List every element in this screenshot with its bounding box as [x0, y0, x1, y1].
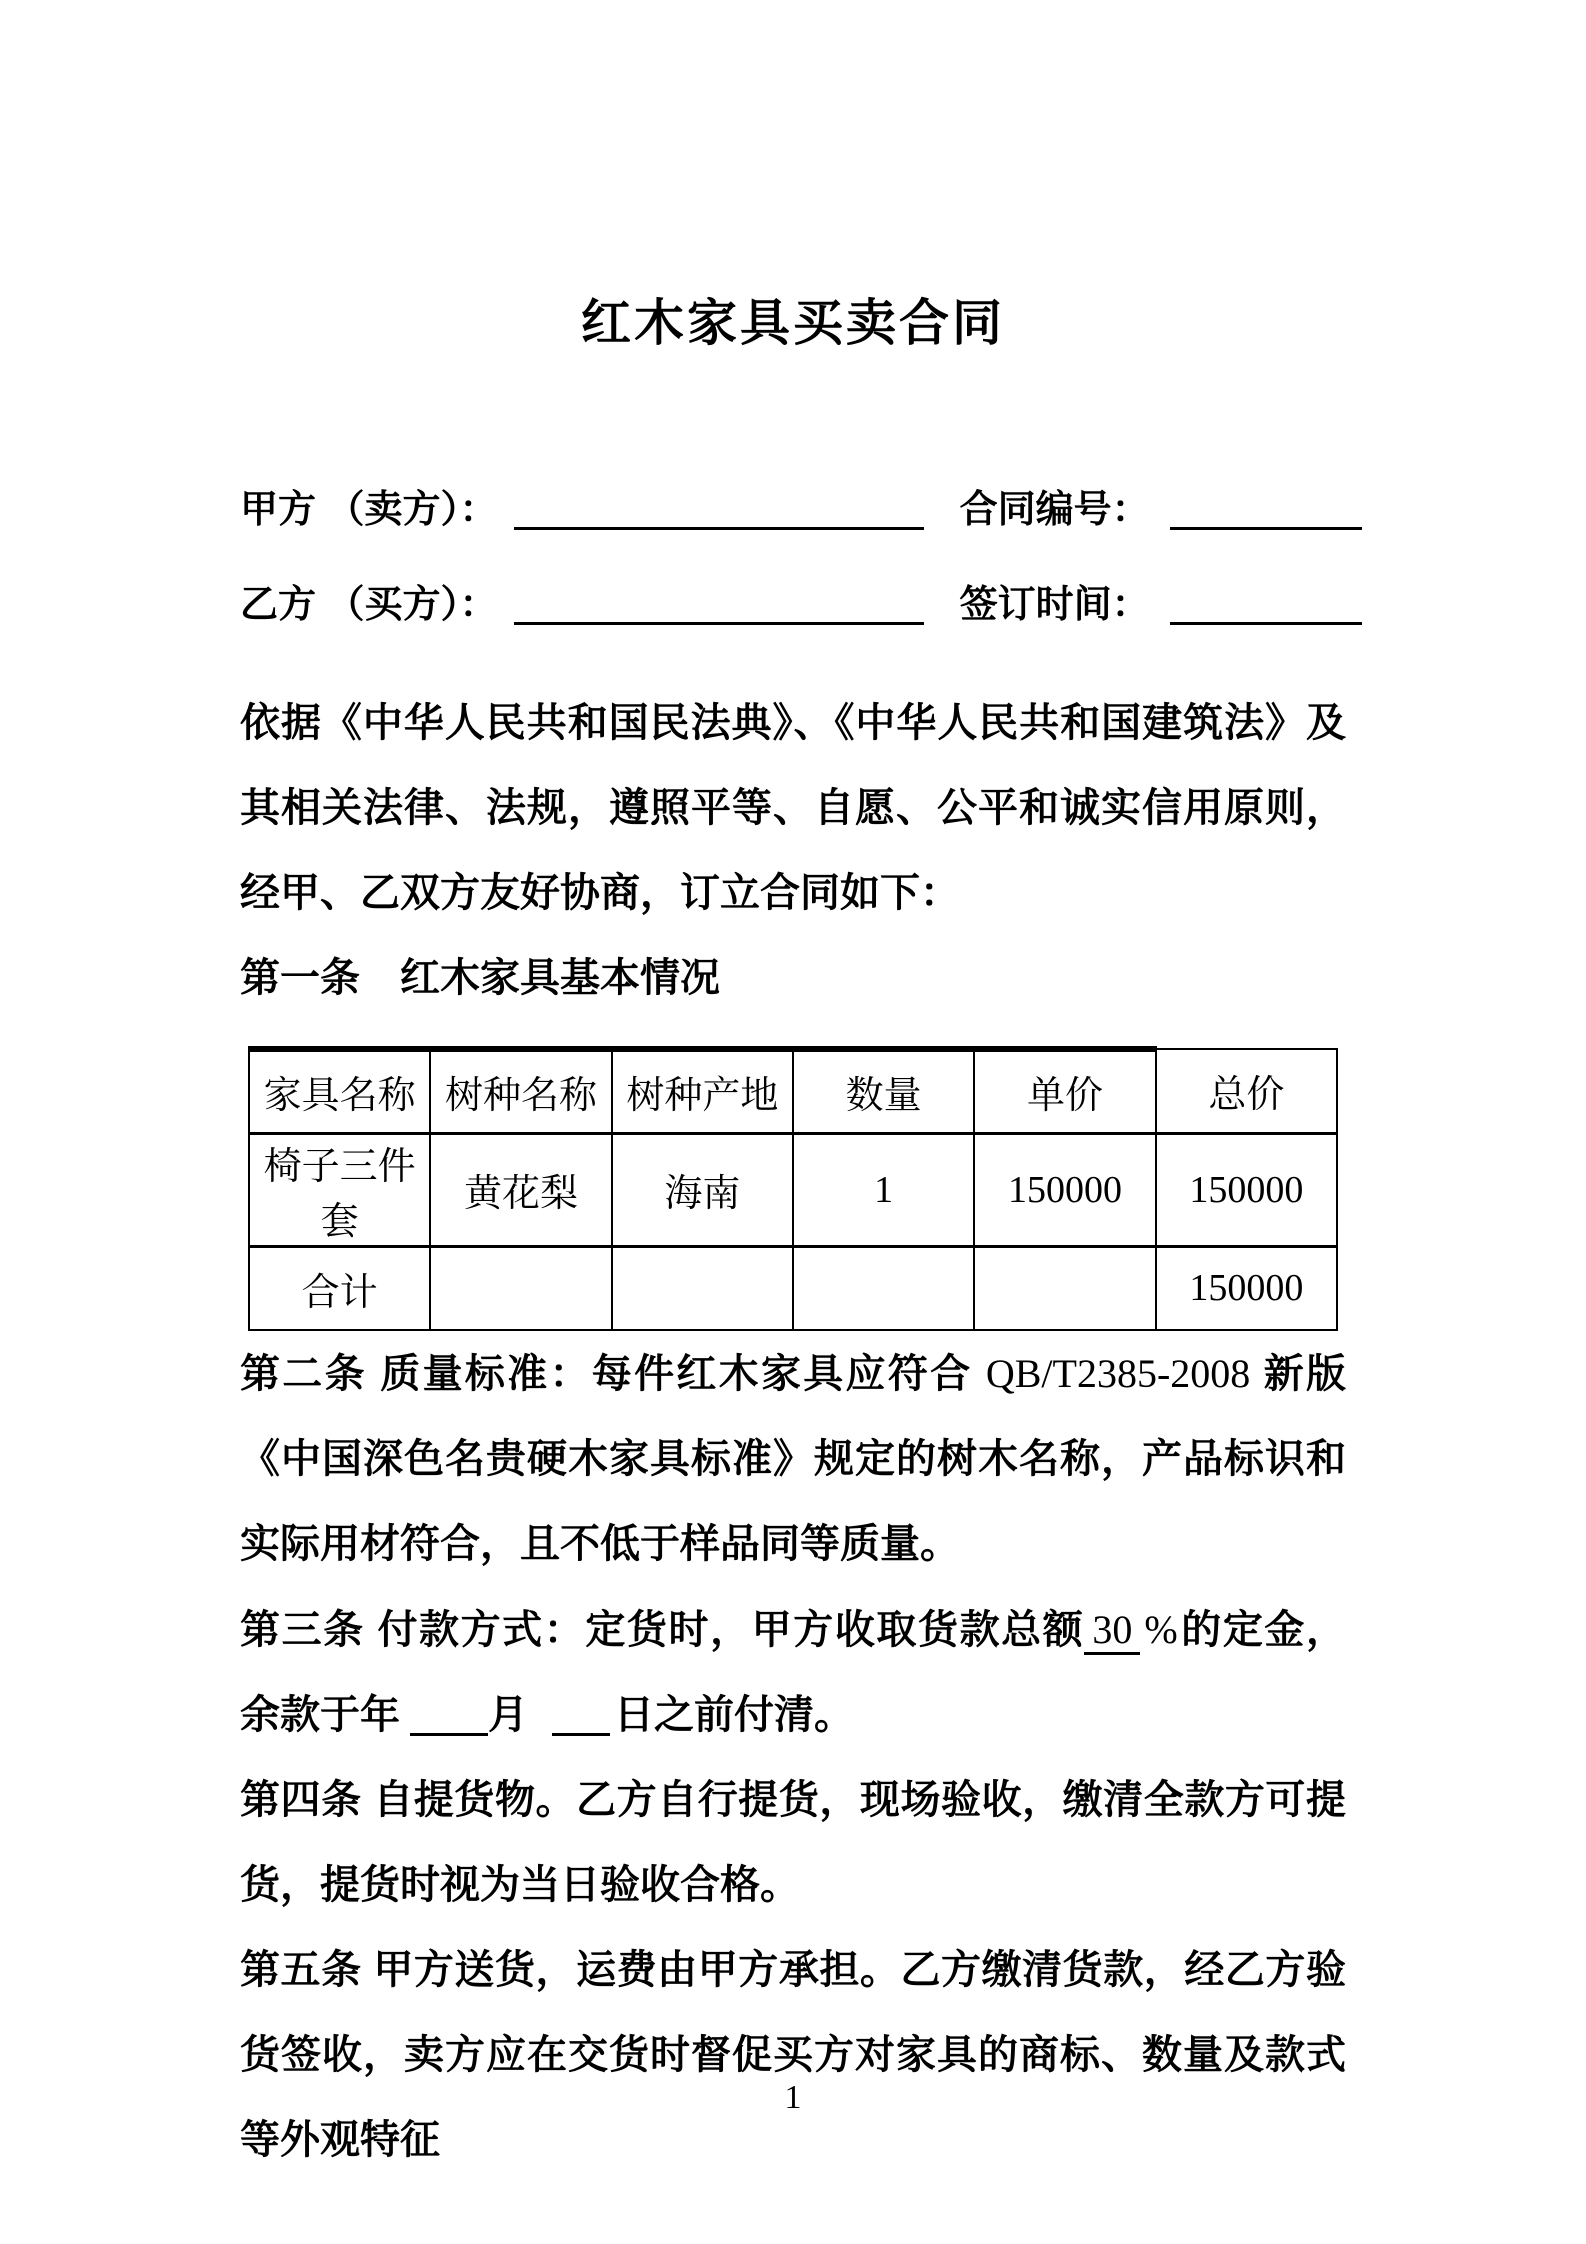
clause1-heading: 第一条 红木家具基本情况 [240, 936, 1346, 1021]
clause4-paragraph: 第四条 自提货物。乙方自行提货，现场验收，缴清全款方可提货，提货时视为当日验收合… [240, 1758, 1346, 1928]
sign-date-blank-field[interactable] [1170, 595, 1362, 625]
goods-table-header-row: 家具名称 树种名称 树种产地 数量 单价 总价 [249, 1049, 1337, 1133]
standard-code: QB/T2385-2008 [986, 1351, 1250, 1396]
party-b-blank-field[interactable] [514, 595, 924, 625]
party-b-row: 乙方 （买方）：签订时间： [240, 558, 1346, 653]
clause3-tail: 日之前付清。 [614, 1693, 854, 1737]
cell-empty [793, 1246, 974, 1330]
column-header-furniture-name: 家具名称 [249, 1049, 430, 1133]
cell-grand-total: 150000 [1156, 1246, 1337, 1330]
party-a-blank-field[interactable] [514, 500, 924, 530]
cell-quantity: 1 [793, 1133, 974, 1246]
party-block: 甲方 （卖方）：合同编号： 乙方 （买方）：签订时间： [240, 463, 1346, 653]
cell-species-origin: 海南 [612, 1133, 793, 1246]
page-number: 1 [0, 2078, 1586, 2118]
cell-species-name: 黄花梨 [430, 1133, 611, 1246]
goods-table-total-row: 合计 150000 [249, 1246, 1337, 1330]
month-label: 月 [488, 1693, 528, 1737]
column-header-unit-price: 单价 [974, 1049, 1155, 1133]
contract-page: 红木家具买卖合同 甲方 （卖方）：合同编号： 乙方 （买方）：签订时间： 依据《… [0, 0, 1586, 2244]
cell-empty [974, 1246, 1155, 1330]
month-blank-field[interactable] [552, 1706, 610, 1736]
cell-furniture-name: 椅子三件套 [249, 1133, 430, 1246]
deposit-percent-field[interactable]: 30 [1084, 1607, 1140, 1655]
percent-sign: % [1144, 1607, 1177, 1652]
clause5-paragraph: 第五条 甲方送货，运费由甲方承担。乙方缴清货款，经乙方验货签收，卖方应在交货时督… [240, 1928, 1346, 2183]
clause3-lead: 第三条 付款方式：定货时，甲方收取货款总额 [240, 1608, 1084, 1652]
party-a-label: 甲方 （卖方）： [240, 463, 498, 558]
party-a-row: 甲方 （卖方）：合同编号： [240, 463, 1346, 558]
column-header-species-origin: 树种产地 [612, 1049, 793, 1133]
cell-total-label: 合计 [249, 1246, 430, 1330]
contract-no-blank-field[interactable] [1170, 500, 1362, 530]
document-title: 红木家具买卖合同 [240, 295, 1346, 351]
year-blank-field[interactable] [410, 1706, 488, 1736]
clause2-paragraph: 第二条 质量标准：每件红木家具应符合 QB/T2385-2008 新版《中国深色… [240, 1331, 1346, 1587]
cell-empty [430, 1246, 611, 1330]
column-header-quantity: 数量 [793, 1049, 974, 1133]
cell-empty [612, 1246, 793, 1330]
goods-table: 家具名称 树种名称 树种产地 数量 单价 总价 椅子三件套 黄花梨 海南 1 1… [248, 1046, 1338, 1331]
goods-table-row: 椅子三件套 黄花梨 海南 1 150000 150000 [249, 1133, 1337, 1246]
preamble-paragraph: 依据《中华人民共和国民法典》、《中华人民共和国建筑法》及其相关法律、法规，遵照平… [240, 681, 1346, 936]
clause3-paragraph: 第三条 付款方式：定货时，甲方收取货款总额30%的定金，余款于年月日之前付清。 [240, 1587, 1346, 1758]
clause2-lead: 第二条 质量标准：每件红木家具应符合 [240, 1352, 986, 1396]
cell-total-price: 150000 [1156, 1133, 1337, 1246]
contract-no-label: 合同编号： [960, 463, 1150, 558]
sign-date-label: 签订时间： [960, 558, 1150, 653]
cell-unit-price: 150000 [974, 1133, 1155, 1246]
column-header-species-name: 树种名称 [430, 1049, 611, 1133]
party-b-label: 乙方 （买方）： [240, 558, 498, 653]
column-header-total-price: 总价 [1156, 1049, 1337, 1133]
